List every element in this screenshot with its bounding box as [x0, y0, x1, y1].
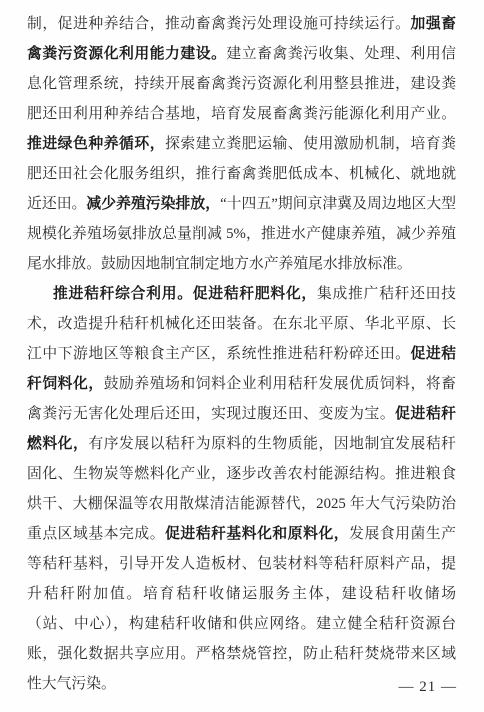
text-segment: 发展食用菌生产等秸秆基料，引导开发人造板材、包装材料等秸秆原料产品，提升秸秆附加…: [27, 526, 456, 692]
bold-key-phrase: 推进秸秆综合利用。促进秸秆肥料化，: [53, 286, 317, 302]
bold-key-phrase: 减少养殖污染排放，: [86, 196, 220, 212]
bold-key-phrase: 促进秸秆基料化和原料化，: [165, 526, 349, 542]
paragraph-straw-utilization: 推进秸秆综合利用。促进秸秆肥料化，集成推广秸秆还田技术，改造提升秸秆机械化还田装…: [27, 279, 456, 699]
document-body: 制，促进种养结合，推动畜禽粪污处理设施可持续运行。加强畜禽粪污资源化利用能力建设…: [27, 9, 456, 699]
page-number: — 21 —: [399, 679, 458, 696]
paragraph-livestock-manure: 制，促进种养结合，推动畜禽粪污处理设施可持续运行。加强畜禽粪污资源化利用能力建设…: [27, 9, 456, 279]
document-page: 制，促进种养结合，推动畜禽粪污处理设施可持续运行。加强畜禽粪污资源化利用能力建设…: [0, 0, 484, 712]
text-segment: 制，促进种养结合，推动畜禽粪污处理设施可持续运行。: [27, 16, 411, 32]
bold-key-phrase: 推进绿色种养循环，: [27, 136, 165, 152]
